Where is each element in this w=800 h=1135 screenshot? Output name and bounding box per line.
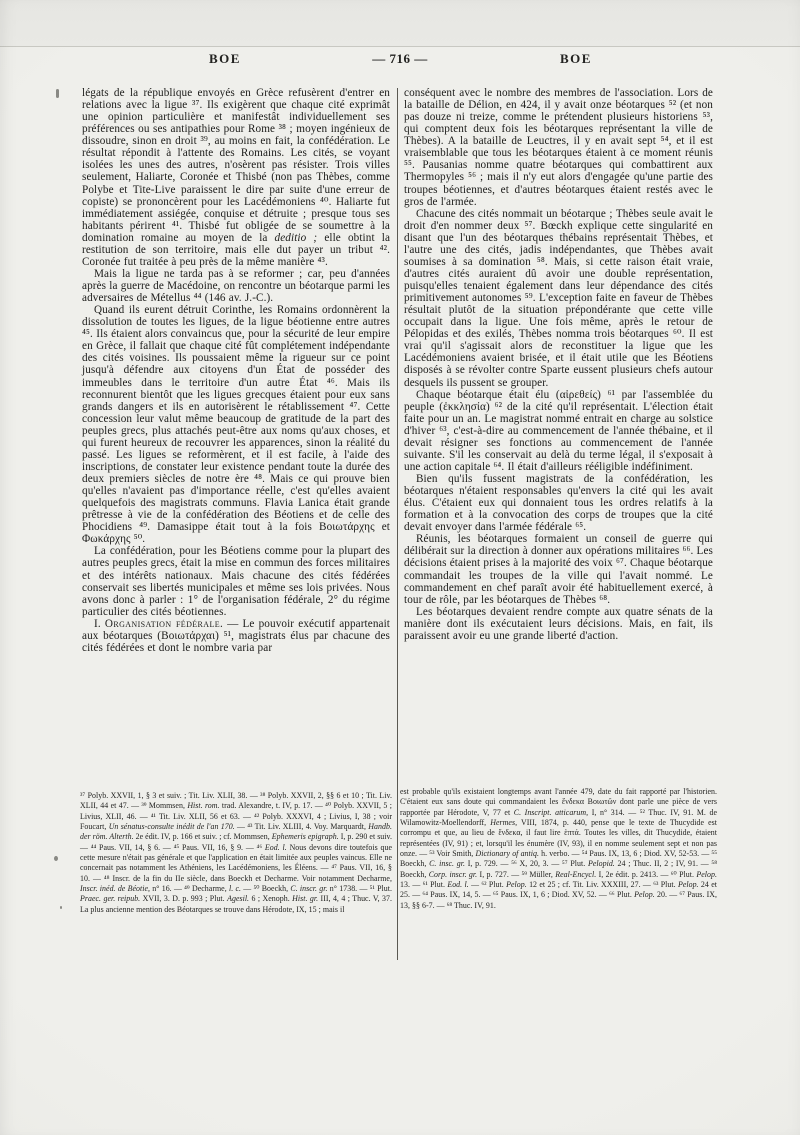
paragraph: conséquent avec le nombre des membres de… [404, 87, 713, 208]
running-head-right: BOE [560, 51, 592, 67]
paragraph: Chacune des cités nommait un béotarque ;… [404, 208, 713, 389]
paragraph: Chaque béotarque était élu (αἱρεθείς) ⁶¹… [404, 389, 713, 473]
scan-speck [54, 856, 58, 861]
paragraph: Réunis, les béotarques formaient un cons… [404, 533, 713, 605]
paragraph: La confédération, pour les Béotiens comm… [82, 545, 390, 617]
scan-speck [60, 906, 62, 909]
paragraph: Les béotarques devaient rendre compte au… [404, 606, 713, 642]
section-heading-paragraph: I. Organisation fédérale. — Le pouvoir e… [82, 618, 390, 654]
right-column: conséquent avec le nombre des membres de… [404, 87, 713, 642]
footnotes-left-column: ³⁷ Polyb. XXVII, 1, § 3 et suiv. ; Tit. … [80, 791, 392, 915]
scanned-book-page: BOE — 716 — BOE légats de la république … [0, 0, 800, 1135]
paragraph: Bien qu'ils fussent magistrats de la con… [404, 473, 713, 533]
column-divider-rule [397, 88, 398, 960]
scan-artifact-top-band [0, 0, 800, 47]
footnotes-right-column: est probable qu'ils existaient longtemps… [400, 787, 717, 911]
left-column: légats de la république envoyés en Grèce… [82, 87, 390, 654]
paragraph: Mais la ligue ne tarda pas à se reformer… [82, 268, 390, 304]
page-number: — 716 — [372, 51, 428, 67]
paragraph: Quand ils eurent détruit Corinthe, les R… [82, 304, 390, 545]
paragraph: légats de la république envoyés en Grèce… [82, 87, 390, 268]
scan-speck [56, 89, 59, 98]
running-head-left: BOE [209, 51, 241, 67]
